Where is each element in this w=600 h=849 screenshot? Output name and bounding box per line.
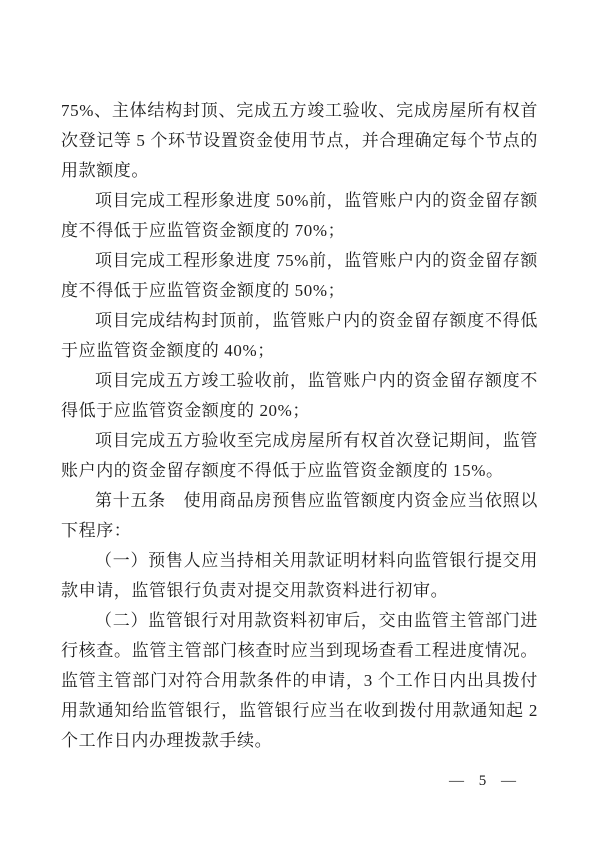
page-number: — 5 — bbox=[449, 773, 517, 789]
document-page: 75%、主体结构封顶、完成五方竣工验收、完成房屋所有权首次登记等 5 个环节设置… bbox=[0, 0, 600, 849]
paragraph: 项目完成工程形象进度 75%前，监管账户内的资金留存额度不得低于应监管资金额度的… bbox=[61, 246, 538, 306]
paragraph: 项目完成五方竣工验收前，监管账户内的资金留存额度不得低于应监管资金额度的 20%… bbox=[61, 366, 538, 426]
paragraph: 第十五条 使用商品房预售应监管额度内资金应当依照以下程序： bbox=[61, 486, 538, 546]
paragraph: 项目完成工程形象进度 50%前，监管账户内的资金留存额度不得低于应监管资金额度的… bbox=[61, 186, 538, 246]
paragraph: （二）监管银行对用款资料初审后，交由监管主管部门进行核查。监管主管部门核查时应当… bbox=[61, 606, 538, 756]
paragraph: 项目完成结构封顶前，监管账户内的资金留存额度不得低于应监管资金额度的 40%； bbox=[61, 306, 538, 366]
document-body: 75%、主体结构封顶、完成五方竣工验收、完成房屋所有权首次登记等 5 个环节设置… bbox=[61, 96, 538, 756]
paragraph: 75%、主体结构封顶、完成五方竣工验收、完成房屋所有权首次登记等 5 个环节设置… bbox=[61, 96, 538, 186]
page-footer: — 5 — bbox=[449, 766, 517, 796]
paragraph: 项目完成五方验收至完成房屋所有权首次登记期间，监管账户内的资金留存额度不得低于应… bbox=[61, 426, 538, 486]
paragraph: （一）预售人应当持相关用款证明材料向监管银行提交用款申请，监管银行负责对提交用款… bbox=[61, 546, 538, 606]
